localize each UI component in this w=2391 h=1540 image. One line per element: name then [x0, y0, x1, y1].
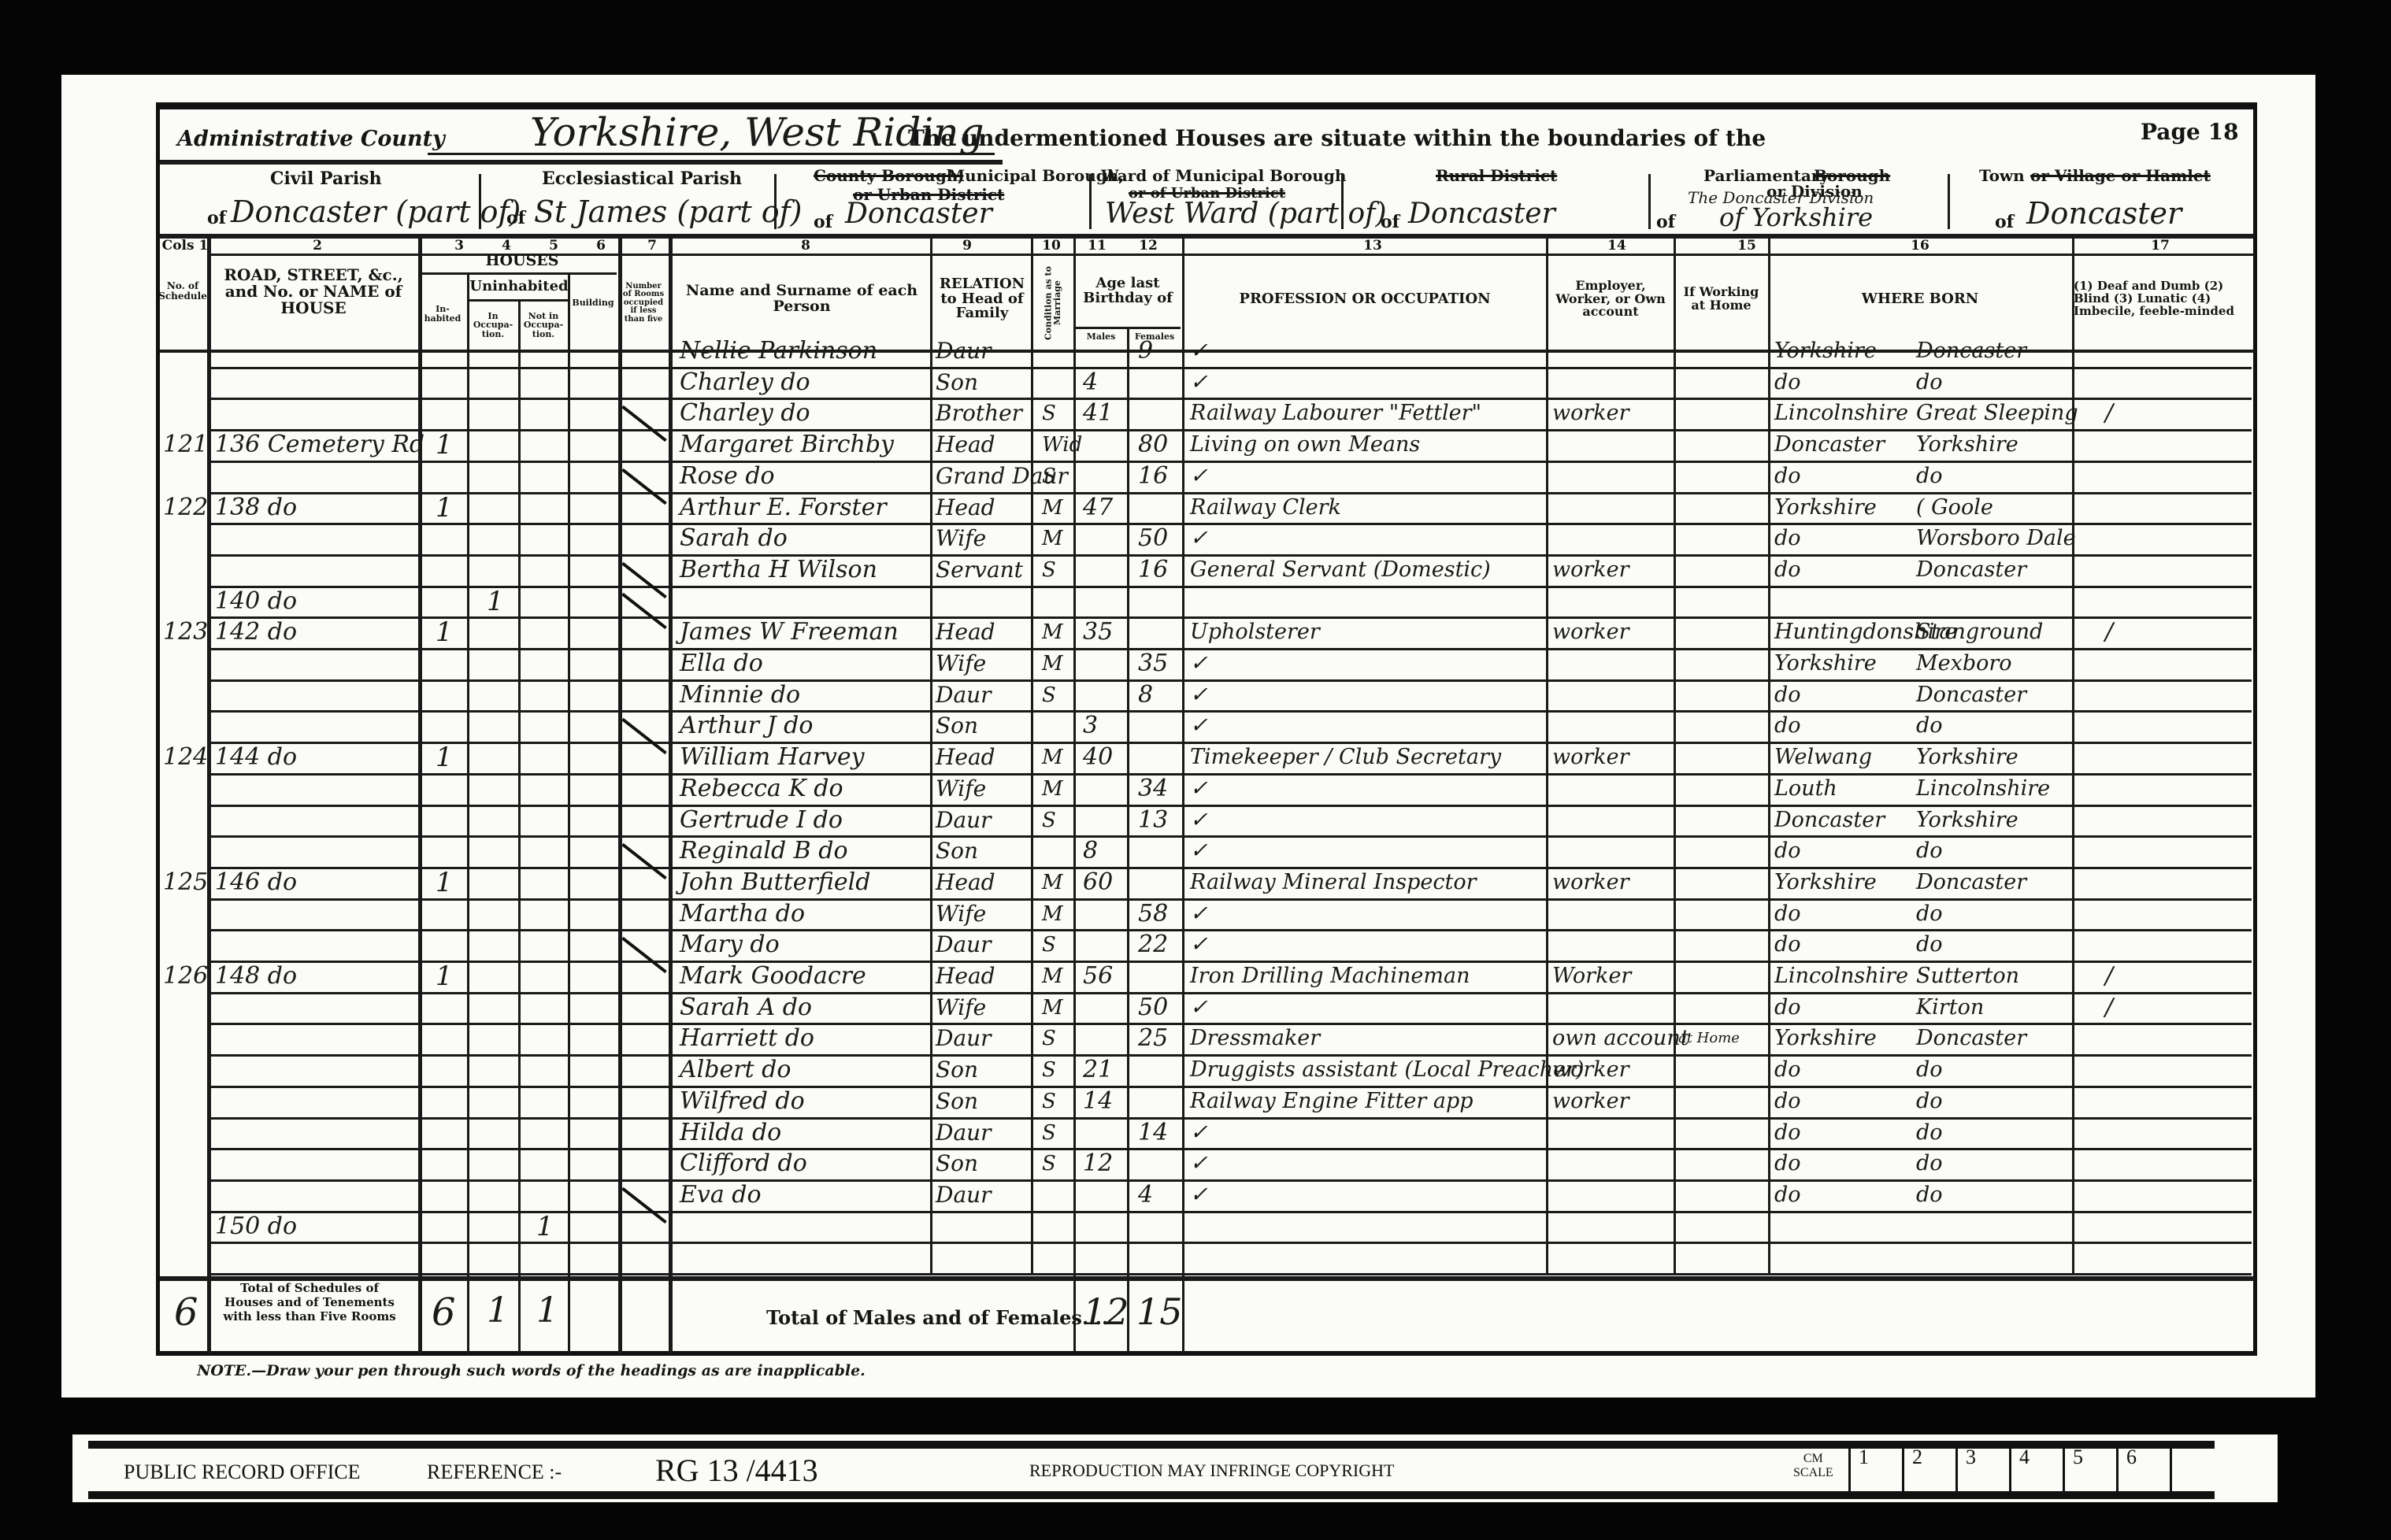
cell-occupation: ✓	[1190, 930, 1208, 960]
cell-relation: Head	[936, 868, 995, 898]
header-condition: Condition as to Marriage	[1032, 256, 1073, 350]
cell-name: Harriett do	[680, 1024, 814, 1053]
cell-born-county: do	[1774, 1180, 1801, 1210]
header-males: Males	[1075, 328, 1127, 346]
cell-name: Minnie do	[680, 680, 800, 710]
cell-house: 1	[436, 493, 453, 523]
cell-male-age: 47	[1083, 493, 1113, 523]
cell-relation: Son	[936, 368, 978, 398]
cell-name: James W Freeman	[680, 617, 899, 647]
cell-occupation: ✓	[1190, 899, 1208, 929]
cell-male-age: 41	[1083, 398, 1113, 428]
col-number: 16	[1904, 238, 1936, 254]
cell-occupation: ✓	[1190, 1149, 1208, 1179]
title-divider	[160, 160, 1003, 165]
row-rule	[210, 898, 2252, 901]
cell-condition: M	[1042, 524, 1063, 553]
cell-female-age: 4	[1138, 1180, 1153, 1210]
header-address: ROAD, STREET, &c., and No. or NAME of HO…	[210, 256, 417, 327]
row-rule	[210, 710, 2252, 713]
cell-relation: Son	[936, 836, 978, 866]
cell-male-age: 4	[1083, 368, 1098, 398]
archive-footer: PUBLIC RECORD OFFICE REFERENCE :- RG 13 …	[72, 1434, 2278, 1502]
cell-born-place: do	[1916, 836, 1943, 866]
ecclesiastical-parish-prefix: of	[506, 208, 525, 228]
col-divider	[1073, 235, 1076, 1353]
cell-occupation: Railway Engine Fitter app	[1190, 1087, 1474, 1116]
cell-name: Sarah A do	[680, 993, 812, 1023]
cell-male-age: 56	[1083, 961, 1113, 991]
row-rule	[210, 1117, 2252, 1120]
cell-female-age: 50	[1138, 524, 1168, 553]
cell-schedule: 123	[163, 617, 208, 647]
cell-male-age: 21	[1083, 1055, 1113, 1085]
cell-born-county: do	[1774, 836, 1801, 866]
cell-relation: Son	[936, 1087, 978, 1116]
cell-employment: worker	[1552, 868, 1629, 898]
cell-address: 146 do	[215, 868, 297, 898]
cell-name: Arthur J do	[680, 711, 813, 741]
cell-name: John Butterfield	[680, 868, 870, 898]
cell-name: Eva do	[680, 1180, 762, 1210]
cell-infirmity: /	[2105, 961, 2113, 991]
col-number: 13	[1357, 238, 1388, 254]
scale-label-cm: CM	[1793, 1452, 1833, 1466]
cell-schedule: 124	[163, 742, 208, 772]
municipal-borough-value: Doncaster	[845, 198, 992, 230]
row-rule	[210, 461, 2252, 463]
col-divider	[618, 235, 622, 1353]
col-divider	[669, 235, 673, 1353]
cell-condition: M	[1042, 617, 1063, 647]
cell-schedule: 125	[163, 868, 208, 898]
cell-born-county: do	[1774, 680, 1801, 710]
cell-born-county: do	[1774, 368, 1801, 398]
total-males: 12	[1083, 1290, 1129, 1333]
cell-born-county: Yorkshire	[1774, 493, 1877, 523]
header-age: Age last Birthday of	[1075, 256, 1181, 327]
cell-relation: Daur	[936, 680, 992, 710]
cell-name: Charley do	[680, 398, 810, 428]
cell-house: 1	[436, 742, 453, 772]
cell-female-age: 16	[1138, 555, 1168, 585]
household-end-mark	[621, 593, 667, 629]
cell-employment: worker	[1552, 617, 1629, 647]
boundary-divider	[1089, 174, 1092, 229]
admin-county-label: Administrative County	[177, 127, 445, 151]
col-number: 17	[2144, 238, 2176, 254]
cell-born-place: do	[1916, 1087, 1943, 1116]
cell-occupation: ✓	[1190, 649, 1208, 679]
cell-born-county: do	[1774, 711, 1801, 741]
row-rule	[210, 367, 2252, 369]
scale-mark: 5	[2063, 1446, 2083, 1491]
rural-district-value: Doncaster	[1408, 198, 1555, 230]
col-divider	[207, 235, 211, 1353]
cell-employment: Worker	[1552, 961, 1631, 991]
cell-born-place: do	[1916, 1055, 1943, 1085]
cell-house: 1	[436, 617, 453, 647]
cell-name: Charley do	[680, 368, 810, 398]
row-rule	[210, 1211, 2252, 1213]
cell-name: Sarah do	[680, 524, 788, 553]
total-in-occupation: 1	[487, 1290, 509, 1331]
municipal-borough-label: Municipal Borough,	[947, 166, 1124, 185]
boundary-divider	[1341, 174, 1344, 229]
col-divider	[1127, 328, 1129, 1353]
cell-name: Arthur E. Forster	[680, 493, 887, 523]
rural-district-prefix: of	[1381, 212, 1399, 232]
cell-employment: worker	[1552, 1055, 1629, 1085]
cell-occupation: ✓	[1190, 524, 1208, 553]
cell-born-place: Sutterton	[1916, 961, 2019, 991]
header-uninhabited: Uninhabited	[469, 275, 569, 298]
cell-name: Margaret Birchby	[680, 430, 894, 460]
cell-born-place: Lincolnshire	[1916, 774, 2050, 804]
cell-name: Reginald B do	[680, 836, 848, 866]
scale-mark: 4	[2009, 1446, 2030, 1491]
cell-at-home: at Home	[1678, 1024, 1740, 1053]
cell-occupation: Upholsterer	[1190, 617, 1320, 647]
cell-condition: M	[1042, 868, 1063, 898]
cell-born-place: do	[1916, 1118, 1943, 1148]
cell-occupation: ✓	[1190, 711, 1208, 741]
cell-born-county: do	[1774, 1149, 1801, 1179]
cell-relation: Wife	[936, 774, 986, 804]
cell-relation: Son	[936, 1055, 978, 1085]
cell-male-age: 12	[1083, 1149, 1113, 1179]
town-struck-label: or Village or Hamlet	[2030, 166, 2211, 185]
town-value: Doncaster	[2026, 196, 2182, 231]
cell-name: Mark Goodacre	[680, 961, 866, 991]
cell-born-place: do	[1916, 368, 1943, 398]
footer-bottom-bar	[88, 1491, 2215, 1499]
cell-born-county: do	[1774, 899, 1801, 929]
cell-born-place: Doncaster	[1916, 1024, 2026, 1053]
cell-condition: M	[1042, 742, 1063, 772]
cell-condition: S	[1042, 1024, 1056, 1053]
total-females: 15	[1136, 1290, 1183, 1333]
header-not-in-occupation: Not in Occupa-tion.	[519, 302, 568, 349]
cell-condition: M	[1042, 774, 1063, 804]
cell-house: 1	[436, 961, 453, 991]
cell-address: 142 do	[215, 617, 297, 647]
cell-occupation: Timekeeper / Club Secretary	[1190, 742, 1501, 772]
cell-born-place: do	[1916, 899, 1943, 929]
cell-condition: Wid	[1042, 430, 1082, 460]
header-rooms: Number of Rooms occupied if less than fi…	[620, 256, 667, 350]
scale-mark: 6	[2116, 1446, 2137, 1491]
cell-occupation: Railway Clerk	[1190, 493, 1341, 523]
cell-relation: Wife	[936, 993, 986, 1023]
col-number: 8	[774, 238, 837, 254]
cell-occupation: General Servant (Domestic)	[1190, 555, 1491, 585]
cell-occupation: ✓	[1190, 1118, 1208, 1148]
col-divider	[568, 275, 570, 1353]
cell-relation: Head	[936, 430, 995, 460]
cell-name: Clifford do	[680, 1149, 807, 1179]
cell-female-age: 13	[1138, 805, 1168, 835]
cell-born-place: Great Sleeping	[1916, 398, 2078, 428]
col-number: Cols 1	[161, 238, 209, 254]
col-number: 10	[1036, 238, 1067, 254]
cell-name: Wilfred do	[680, 1087, 805, 1116]
cell-condition: M	[1042, 993, 1063, 1023]
cell-house: 1	[436, 868, 453, 898]
cell-born-county: do	[1774, 524, 1801, 553]
cell-condition: S	[1042, 398, 1056, 428]
cell-occupation: ✓	[1190, 680, 1208, 710]
cell-born-county: Welwang	[1774, 742, 1872, 772]
cell-born-place: Doncaster	[1916, 680, 2026, 710]
footer-office: PUBLIC RECORD OFFICE	[124, 1460, 361, 1484]
header-occupation: PROFESSION OR OCCUPATION	[1184, 256, 1546, 342]
footer-reference-value: RG 13 /4413	[655, 1452, 818, 1489]
total-not-in-occupation: 1	[536, 1290, 558, 1331]
cell-schedule: 122	[163, 493, 208, 523]
cell-occupation: ✓	[1190, 368, 1208, 398]
cell-relation: Brother	[936, 398, 1022, 428]
cell-name: William Harvey	[680, 742, 865, 772]
cell-relation: Head	[936, 617, 995, 647]
household-end-mark	[621, 718, 667, 754]
cell-female-age: 22	[1138, 930, 1168, 960]
cell-born-place: do	[1916, 1149, 1943, 1179]
header-at-home: If Working at Home	[1676, 256, 1766, 342]
cell-born-place: ( Goole	[1916, 493, 1993, 523]
household-end-mark	[621, 1186, 667, 1223]
cell-male-age: 35	[1083, 617, 1113, 647]
cell-born-place: Doncaster	[1916, 555, 2026, 585]
cell-occupation: Railway Labourer "Fettler"	[1190, 398, 1481, 428]
cell-not-in-occupation: 1	[536, 1212, 554, 1242]
cell-female-age: 80	[1138, 430, 1168, 460]
cell-condition: S	[1042, 555, 1056, 585]
footer-top-bar	[88, 1441, 2215, 1449]
ecclesiastical-parish-label: Ecclesiastical Parish	[542, 168, 742, 189]
cell-born-county: Doncaster	[1774, 805, 1885, 835]
cell-female-age: 9	[1138, 336, 1153, 366]
row-rule	[210, 586, 2252, 588]
civil-parish-prefix: of	[207, 208, 226, 228]
cell-condition: M	[1042, 493, 1063, 523]
cell-born-place: do	[1916, 930, 1943, 960]
page-number: Page 18	[2141, 119, 2239, 145]
cell-born-place: Kirton	[1916, 993, 1984, 1023]
cell-born-place: Stanground	[1916, 617, 2043, 647]
cell-relation: Daur	[936, 1118, 992, 1148]
cell-condition: S	[1042, 1055, 1056, 1085]
header-infirmity: (1) Deaf and Dumb (2) Blind (3) Lunatic …	[2074, 256, 2253, 342]
cell-female-age: 25	[1138, 1024, 1168, 1053]
cell-born-place: Yorkshire	[1916, 742, 2018, 772]
household-end-mark	[621, 843, 667, 879]
cell-name: Martha do	[680, 899, 805, 929]
cell-name: Hilda do	[680, 1118, 781, 1148]
town-prefix: of	[1995, 212, 2014, 232]
header-schedule: No. of Schedule	[160, 256, 206, 327]
cell-relation: Daur	[936, 1180, 992, 1210]
cell-address: 138 do	[215, 493, 297, 523]
cell-occupation: Living on own Means	[1190, 430, 1420, 460]
row-rule	[210, 929, 2252, 931]
cell-born-place: do	[1916, 1180, 1943, 1210]
cell-condition: S	[1042, 930, 1056, 960]
cell-employment: worker	[1552, 742, 1629, 772]
cell-occupation: Druggists assistant (Local Preacher)	[1190, 1055, 1585, 1085]
cell-male-age: 14	[1083, 1087, 1113, 1116]
cell-born-county: Yorkshire	[1774, 649, 1877, 679]
cell-born-county: Doncaster	[1774, 430, 1885, 460]
cell-schedule: 121	[163, 430, 208, 460]
cell-relation: Servant	[936, 555, 1023, 585]
cell-male-age: 8	[1083, 836, 1098, 866]
cell-born-place: Yorkshire	[1916, 805, 2018, 835]
col-divider	[518, 302, 521, 1353]
cell-infirmity: /	[2105, 398, 2113, 428]
cell-name: Gertrude I do	[680, 805, 843, 835]
cell-infirmity: /	[2105, 617, 2113, 647]
cell-name: Albert do	[680, 1055, 791, 1085]
cell-condition: M	[1042, 961, 1063, 991]
cell-female-age: 8	[1138, 680, 1153, 710]
household-end-mark	[621, 561, 667, 598]
cell-relation: Head	[936, 742, 995, 772]
cell-relation: Wife	[936, 524, 986, 553]
cell-condition: S	[1042, 1149, 1056, 1179]
cell-occupation: ✓	[1190, 336, 1208, 366]
cell-male-age: 60	[1083, 868, 1113, 898]
col-number: 2	[239, 238, 396, 254]
cell-born-county: do	[1774, 555, 1801, 585]
cell-born-county: do	[1774, 461, 1801, 491]
cell-born-place: Doncaster	[1916, 868, 2026, 898]
municipal-borough-struck-label: County Borough,	[814, 166, 963, 185]
cell-relation: Head	[936, 961, 995, 991]
ward-label: Ward of Municipal Borough	[1101, 166, 1346, 185]
cell-name: Bertha H Wilson	[680, 555, 877, 585]
col-number: 7	[636, 238, 668, 254]
cell-born-county: do	[1774, 1087, 1801, 1116]
cell-occupation: ✓	[1190, 1180, 1208, 1210]
header-employer: Employer, Worker, or Own account	[1548, 256, 1674, 342]
cell-occupation: ✓	[1190, 461, 1208, 491]
cell-occupation: Railway Mineral Inspector	[1190, 868, 1477, 898]
boundary-divider	[1648, 174, 1651, 229]
cell-male-age: 3	[1083, 711, 1098, 741]
cell-born-place: Mexboro	[1916, 649, 2012, 679]
totals-label: Total of Schedules of Houses and of Tene…	[215, 1281, 404, 1323]
cell-born-place: Doncaster	[1916, 336, 2026, 366]
cell-occupation: ✓	[1190, 836, 1208, 866]
row-rule	[210, 1242, 2252, 1244]
row-rule	[210, 1179, 2252, 1182]
cell-house: 1	[436, 430, 453, 460]
cell-name: Ella do	[680, 649, 763, 679]
cell-born-place: do	[1916, 711, 1943, 741]
parliamentary-prefix: of	[1656, 212, 1675, 232]
scale-mark-end	[2170, 1446, 2180, 1491]
cell-occupation: ✓	[1190, 774, 1208, 804]
cell-relation: Wife	[936, 649, 986, 679]
civil-parish-label: Civil Parish	[270, 168, 382, 189]
cell-condition: S	[1042, 461, 1056, 491]
municipal-borough-prefix: of	[814, 212, 832, 232]
header-in-occupation: In Occupa-tion.	[469, 302, 517, 349]
cell-schedule: 126	[163, 961, 208, 991]
cell-born-county: do	[1774, 1055, 1801, 1085]
civil-parish-value: Doncaster (part of)	[231, 194, 521, 229]
cell-address: 148 do	[215, 961, 297, 991]
cell-uninhabited: 1	[487, 587, 504, 616]
cell-born-county: Lincolnshire	[1774, 961, 1908, 991]
cell-relation: Son	[936, 711, 978, 741]
cell-condition: M	[1042, 899, 1063, 929]
cell-female-age: 14	[1138, 1118, 1168, 1148]
footer-copyright: REPRODUCTION MAY INFRINGE COPYRIGHT	[1029, 1460, 1394, 1481]
cell-condition: S	[1042, 1087, 1056, 1116]
cell-employment: own account	[1552, 1024, 1689, 1053]
cell-female-age: 58	[1138, 899, 1168, 929]
household-end-mark	[621, 468, 667, 504]
cell-relation: Wife	[936, 899, 986, 929]
cell-condition: S	[1042, 1118, 1056, 1148]
col-number: 12	[1132, 238, 1164, 254]
cell-employment: worker	[1552, 1087, 1629, 1116]
ward-value: West Ward (part of)	[1105, 198, 1387, 230]
boundary-divider	[1948, 174, 1950, 229]
cell-condition: S	[1042, 805, 1056, 835]
footer-reference-label: REFERENCE :-	[427, 1460, 562, 1484]
cell-born-place: Yorkshire	[1916, 430, 2018, 460]
cell-born-county: Louth	[1774, 774, 1837, 804]
cell-relation: Daur	[936, 930, 992, 960]
col-number: 14	[1601, 238, 1633, 254]
census-form: Administrative County Yorkshire, West Ri…	[156, 102, 2257, 1356]
header-inhabited: In-habited	[420, 275, 465, 354]
totals-persons-label: Total of Males and of Females....	[766, 1306, 1108, 1329]
household-end-mark	[621, 937, 667, 973]
footnote: NOTE.—Draw your pen through such words o…	[197, 1362, 866, 1379]
cell-born-county: do	[1774, 993, 1801, 1023]
scale-mark: 2	[1902, 1446, 1922, 1491]
header-females: Females	[1129, 328, 1181, 346]
scale-label-scale: SCALE	[1793, 1466, 1833, 1480]
cell-name: Rose do	[680, 461, 775, 491]
cell-relation: Daur	[936, 805, 992, 835]
household-end-mark	[621, 405, 667, 442]
cell-female-age: 50	[1138, 993, 1168, 1023]
cell-occupation: Dressmaker	[1190, 1024, 1320, 1053]
cell-born-place: Worsboro Dale	[1916, 524, 2076, 553]
cell-female-age: 35	[1138, 649, 1168, 679]
cell-condition: M	[1042, 649, 1063, 679]
row-rule	[210, 1148, 2252, 1150]
cell-address: 144 do	[215, 742, 297, 772]
cell-name: Nellie Parkinson	[680, 336, 877, 366]
cell-male-age: 40	[1083, 742, 1113, 772]
boundary-divider	[479, 174, 481, 229]
cell-address: 136 Cemetery Rd	[215, 430, 424, 460]
col-divider	[418, 235, 422, 1353]
cell-born-county: do	[1774, 930, 1801, 960]
cell-born-county: Yorkshire	[1774, 868, 1877, 898]
cell-address: 150 do	[215, 1212, 297, 1242]
cell-relation: Daur	[936, 1024, 992, 1053]
cell-female-age: 34	[1138, 774, 1168, 804]
col-number: 15	[1731, 238, 1763, 254]
header-building: Building	[569, 256, 617, 350]
